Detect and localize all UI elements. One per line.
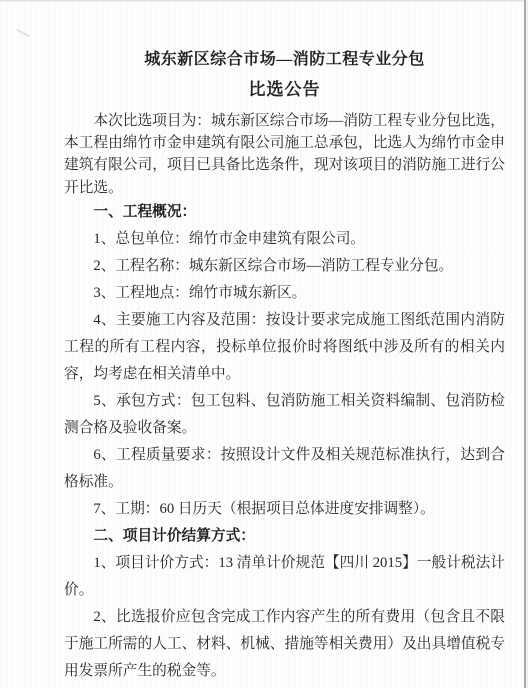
list-item: 7、工期：60 日历天（根据项目总体进度安排调整）。 bbox=[64, 496, 505, 523]
list-item: 3、工程地点：绵竹市城东新区。 bbox=[64, 280, 505, 307]
list-item: 1、项目计价方式：13 清单计价规范【四川 2015】一般计税法计价。 bbox=[64, 550, 505, 604]
intro-paragraph: 本次比选项目为：城东新区综合市场—消防工程专业分包比选，本工程由绵竹市金申建筑有… bbox=[64, 110, 505, 199]
list-item: 2、工程名称：城东新区综合市场—消防工程专业分包。 bbox=[64, 253, 505, 280]
list-item: 2、比选报价应包含完成工作内容产生的所有费用（包含且不限于施工所需的人工、材料、… bbox=[64, 604, 505, 685]
list-item: 5、承包方式：包工包料、包消防施工相关资料编制、包消防检测合格及验收备案。 bbox=[64, 388, 505, 442]
scanned-document-page: 城东新区综合市场—消防工程专业分包 比选公告 本次比选项目为：城东新区综合市场—… bbox=[0, 0, 528, 688]
document-content: 城东新区综合市场—消防工程专业分包 比选公告 本次比选项目为：城东新区综合市场—… bbox=[64, 45, 505, 685]
scan-scratch-artifact bbox=[16, 29, 29, 37]
list-item: 6、工程质量要求：按照设计文件及相关规范标准执行，达到合格标准。 bbox=[64, 442, 505, 496]
section-heading: 一、工程概况： bbox=[64, 199, 505, 226]
document-title: 城东新区综合市场—消防工程专业分包 bbox=[64, 45, 505, 75]
scan-top-edge bbox=[0, 0, 528, 2]
document-subtitle: 比选公告 bbox=[64, 75, 505, 105]
list-item: 4、主要施工内容及范围：按设计要求完成施工图纸范围内消防工程的所有工程内容，投标… bbox=[64, 307, 505, 388]
sections-container: 一、工程概况：1、总包单位：绵竹市金申建筑有限公司。2、工程名称：城东新区综合市… bbox=[64, 199, 505, 685]
list-item: 1、总包单位：绵竹市金申建筑有限公司。 bbox=[64, 226, 505, 253]
section-heading: 二、项目计价结算方式： bbox=[64, 523, 505, 550]
